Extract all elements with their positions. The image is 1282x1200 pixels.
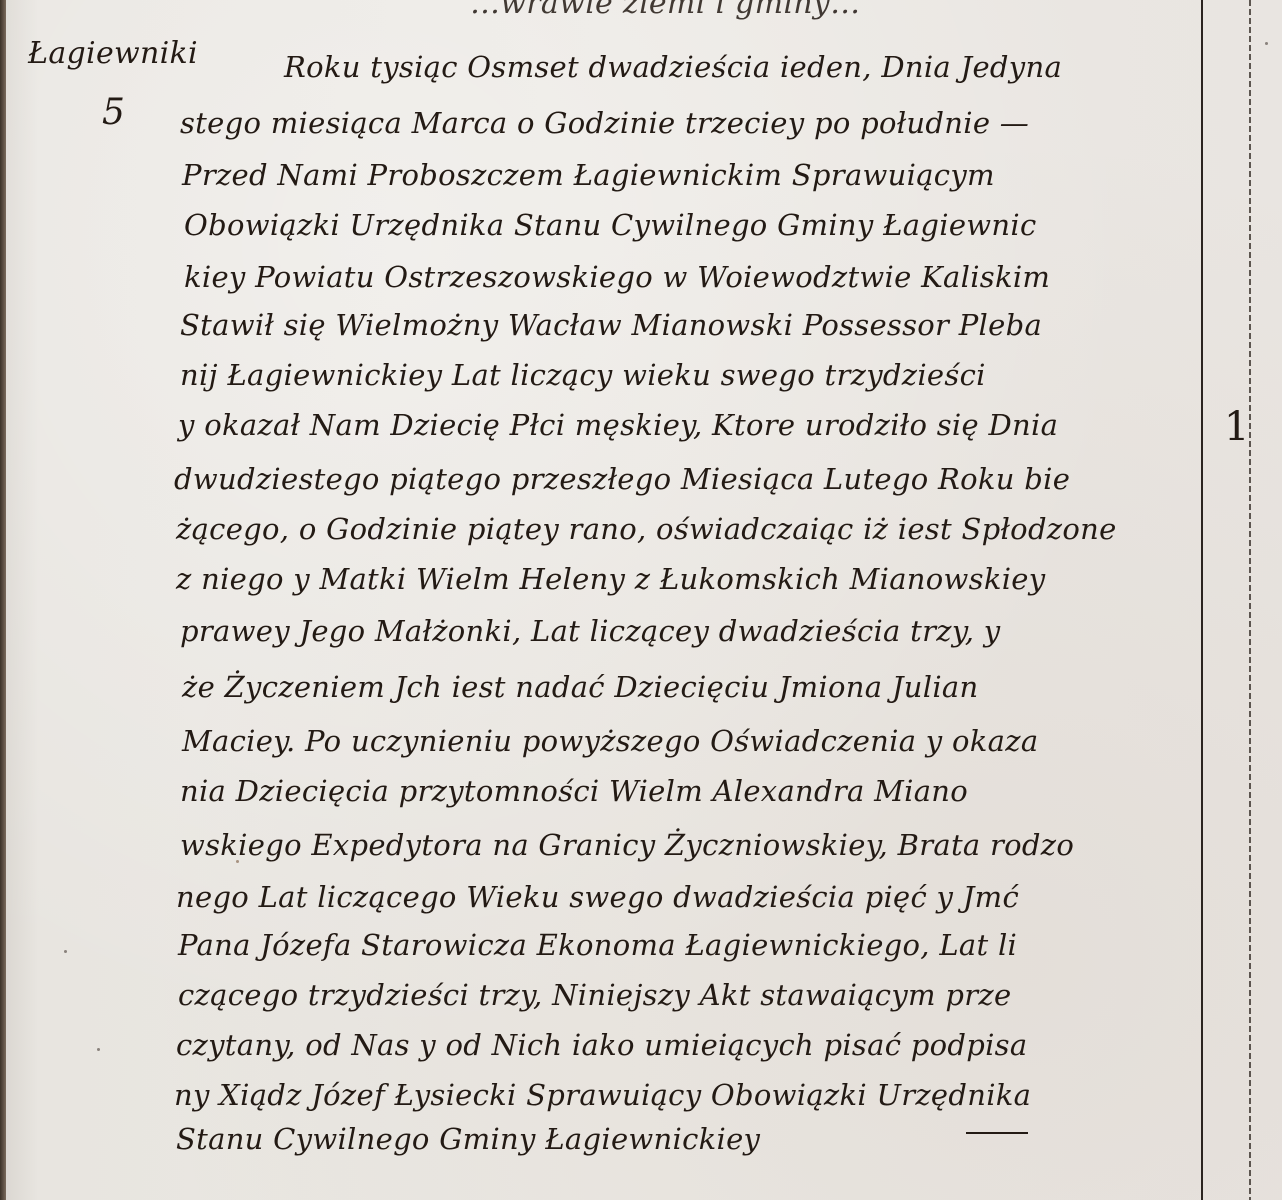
record-line: Maciey. Po uczynieniu powyższego Oświadc… [182,724,1038,758]
record-line: Roku tysiąc Osmset dwadzieścia ieden, Dn… [284,50,1062,84]
record-line: nij Łagiewnickiey Lat liczący wieku sweg… [180,358,986,392]
record-line: czącego trzydzieści trzy, Niniejszy Akt … [178,978,1011,1012]
side-mark: 1 [1224,404,1250,450]
paper-speck [236,860,239,863]
margin-rule-dashed [1249,0,1251,1200]
manuscript-page: …wrawie ziemi i gminy… Łagiewniki 5 Roku… [0,0,1282,1200]
paper-speck [97,1048,100,1051]
record-line: czytany, od Nas y od Nich iako umieiącyc… [176,1028,1027,1062]
margin-place-name: Łagiewniki [28,36,198,71]
record-line: nia Dziecięcia przytomności Wielm Alexan… [180,774,968,808]
record-line: kiey Powiatu Ostrzeszowskiego w Woiewodz… [184,260,1050,294]
paper-speck [64,950,67,953]
record-line: nego Lat liczącego Wieku swego dwadzieśc… [176,880,1019,914]
record-line: prawey Jego Małżonki, Lat liczącey dwadz… [180,614,1000,648]
paper-speck [1265,42,1268,45]
margin-rule-solid [1201,0,1203,1200]
record-line: żącego, o Godzinie piątey rano, oświadcz… [176,512,1117,546]
record-line: Stanu Cywilnego Gminy Łagiewnickiey [176,1122,760,1156]
record-line: ny Xiądz Józef Łysiecki Sprawuiący Obowi… [174,1078,1031,1112]
binding-edge [0,0,6,1200]
closing-dash [966,1132,1028,1134]
entry-number: 5 [102,92,125,133]
top-fragment-text: …wrawie ziemi i gminy… [470,0,860,21]
record-line: y okazał Nam Dziecię Płci męskiey, Ktore… [178,408,1058,442]
record-line: Przed Nami Proboszczem Łagiewnickim Spra… [182,158,995,192]
record-line: stego miesiąca Marca o Godzinie trzeciey… [180,106,1029,140]
record-line: z niego y Matki Wielm Heleny z Łukomskic… [176,562,1045,596]
record-line: Stawił się Wielmożny Wacław Mianowski Po… [180,308,1042,342]
record-line: Pana Józefa Starowicza Ekonoma Łagiewnic… [178,928,1017,962]
record-line: że Życzeniem Jch iest nadać Dziecięciu J… [182,670,978,704]
record-line: wskiego Expedytora na Granicy Życzniowsk… [180,828,1074,862]
record-line: Obowiązki Urzędnika Stanu Cywilnego Gmin… [184,208,1037,242]
record-line: dwudziestego piątego przeszłego Miesiąca… [174,462,1070,496]
